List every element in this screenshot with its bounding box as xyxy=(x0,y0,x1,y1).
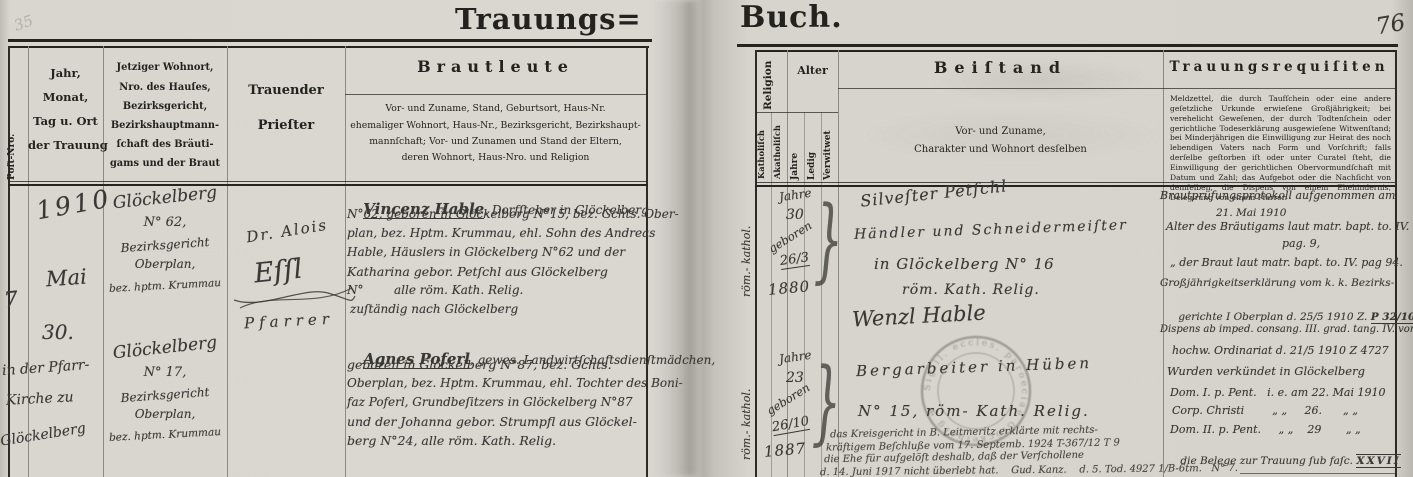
entry-place-2: Kirche zu xyxy=(6,389,74,409)
header-residence-6: gams und der Braut xyxy=(103,158,227,169)
requisiten-line-12: Corp. Christi „ „ 26. „ „ xyxy=(1172,404,1358,417)
header-priest-1: Trauender xyxy=(227,83,345,98)
header-alter: Alter xyxy=(787,64,838,77)
groom-religion: röm.- kathol. xyxy=(740,192,753,297)
entry-place-1: in der Pfarr- xyxy=(2,357,90,379)
header-date-4: der Trauung xyxy=(28,138,103,152)
entry-day: 30. xyxy=(42,320,74,344)
header-residence-3: Bezirksgericht, xyxy=(103,101,227,112)
groom-line-4: Hable, Häuslers in Glöckelberg N°62 und … xyxy=(347,245,625,259)
signature-flourish xyxy=(232,284,357,314)
groom-birth-date: 26/3 xyxy=(779,250,810,270)
header-ledig: Ledig xyxy=(807,132,817,180)
bride-residence-3: Bezirksgericht xyxy=(103,384,228,407)
header-date-2: Monat, xyxy=(28,90,103,104)
text-run: gerichte I Oberplan d. 25/5 1910 Z. xyxy=(1178,311,1370,323)
requisiten-line-4: pag. 9, xyxy=(1282,237,1320,250)
annotation-underline xyxy=(1240,473,1396,474)
left-table-top-border xyxy=(8,46,649,48)
groom-line-6: N° alle röm. Kath. Relig. xyxy=(347,283,523,297)
header-verwitwet: Verwitwet xyxy=(823,117,833,180)
left-table-right-border xyxy=(646,46,648,477)
requisiten-line-1: Brautprüfungsprotokoll aufgenommen am xyxy=(1160,189,1395,202)
header-priest-2: Prieſter xyxy=(227,118,345,133)
entry-year: 1910 xyxy=(34,184,114,226)
witness2-residence: N° 15, röm- Kath. Relig. xyxy=(858,402,1090,420)
requisiten-line-11: Dom. I. p. Pent. i. e. am 22. Mai 1910 xyxy=(1170,386,1385,399)
header-brautleute-sub-1: Vor- und Zuname, Stand, Geburtsort, Haus… xyxy=(345,103,646,114)
requisiten-line-8: Dispens ab imped. consang. III. grad. ta… xyxy=(1160,324,1413,335)
entry-month: Mai xyxy=(45,265,87,292)
brautleute-divider xyxy=(345,94,646,95)
page-title-left: Trauungs= xyxy=(455,2,642,36)
priest-title: Pfarrer xyxy=(244,310,335,333)
col-line-postnro xyxy=(28,46,29,477)
fascicle-number: XXVII xyxy=(1356,454,1400,468)
bride-line-2: geboren in Glöckelberg N°87, bez. Gchts. xyxy=(347,357,612,372)
left-header-bottom-1 xyxy=(8,181,648,182)
bride-line-5: und der Johanna gebor. Strumpfl aus Glöc… xyxy=(347,414,637,429)
header-postnro: Poſt-Nro. xyxy=(7,92,17,180)
page-number: 76 xyxy=(1374,10,1407,41)
groom-birth-year: 1880 xyxy=(767,277,811,299)
groom-line-2: N°62, geboren in Glöckelberg N°15, bez. … xyxy=(347,207,679,221)
requisiten-line-6: Großjährigkeitserklärung vom k. k. Bezir… xyxy=(1160,277,1394,289)
header-residence-5: ſchaft des Bräuti- xyxy=(103,139,227,150)
groom-age-label: Jahre xyxy=(778,186,812,204)
requisiten-line-2: 21. Mai 1910 xyxy=(1216,207,1286,219)
header-brautleute-title: Brautleute xyxy=(345,57,646,76)
groom-line-7: zuſtändig nach Glöckelberg xyxy=(350,302,518,316)
priest-name-1: Dr. Alois xyxy=(245,216,329,247)
religion-alter-divider xyxy=(755,112,838,113)
requisiten-line-9: hochw. Ordinariat d. 21/5 1910 Z 4727 xyxy=(1172,344,1389,357)
bride-religion: röm.- kathol. xyxy=(740,350,753,460)
groom-residence-5: bez. hptm. Krummau xyxy=(100,277,230,296)
bride-residence-2: N° 17, xyxy=(103,365,227,380)
requisiten-line-3: Alter des Bräutigams laut matr. bapt. to… xyxy=(1166,220,1409,233)
header-requisiten-title: Trauungsrequiſiten xyxy=(1163,59,1395,75)
requisiten-line-5: „ der Braut laut matr. bapt. to. IV. pag… xyxy=(1170,256,1403,269)
witness1-residence: in Glöckelberg N° 16 xyxy=(874,255,1055,273)
right-table-left-border xyxy=(755,50,757,477)
header-residence-4: Bezirkshauptmann- xyxy=(103,120,227,131)
groom-age-brace: } xyxy=(814,190,843,290)
groom-line-3: plan, bez. Hptm. Krummau, ehl. Sohn des … xyxy=(347,226,655,240)
paper-fold-shadow xyxy=(652,0,698,477)
header-beistand-title: Beiſtand xyxy=(838,58,1163,77)
col-line-residence xyxy=(227,46,228,477)
witness1-occupation: Händler und Schneidermeiſter xyxy=(854,217,1128,243)
header-beistand-sub-1: Vor- und Zuname, xyxy=(838,126,1163,137)
marriage-register-scan: 35 Trauungs= Buch. 76 Poſt-Nro. Jahr, Mo… xyxy=(0,0,1413,477)
requisiten-line-13: Dom. II. p. Pent. „ „ 29 „ „ xyxy=(1170,423,1361,436)
header-brautleute-sub-4: deren Wohnort, Haus-Nro. und Religion xyxy=(345,152,646,163)
groom-residence-3: Bezirksgericht xyxy=(103,234,228,257)
witness1-religion: röm. Kath. Relig. xyxy=(902,282,1040,298)
corner-mark: 35 xyxy=(11,11,35,34)
header-jahre: Jahre xyxy=(790,130,800,180)
witness1-signature: Wenzl Hable xyxy=(851,301,986,332)
bride-birth-year: 1887 xyxy=(763,439,807,461)
header-requisiten-text: Meldzettel, die durch Taufſchein oder ei… xyxy=(1170,94,1391,202)
entry-place-3: Glöckelberg xyxy=(0,420,87,449)
header-beistand-sub-2: Charakter und Wohnort desſelben xyxy=(838,144,1163,155)
header-religion: Religion xyxy=(762,56,774,110)
header-brautleute-sub-3: mannſchaft; Vor- und Zunamen und Stand d… xyxy=(345,136,646,147)
groom-residence-2: N° 62, xyxy=(103,215,227,230)
groom-residence-4: Oberplan, xyxy=(103,257,227,271)
bride-line-6: berg N°24, alle röm. Kath. Relig. xyxy=(347,433,556,448)
header-katholisch: Katholiſch xyxy=(756,117,766,179)
header-brautleute-sub-2: ehemaliger Wohnort, Haus-Nr., Bezirksger… xyxy=(345,120,646,131)
header-residence-1: Jetziger Wohnort, xyxy=(103,62,227,73)
page-title-right: Buch. xyxy=(740,0,843,35)
title-rule-right xyxy=(737,44,1398,47)
col-line-beistand xyxy=(1163,50,1164,477)
header-date-3: Tag u. Ort xyxy=(28,114,103,128)
bride-line-3: Oberplan, bez. Hptm. Krummau, ehl. Tocht… xyxy=(347,376,683,390)
requisiten-line-10: Wurden verkündet in Glöckelberg xyxy=(1167,364,1365,378)
bride-age-label: Jahre xyxy=(778,348,812,366)
right-table-top-border xyxy=(755,50,1397,52)
bride-residence-5: bez. hptm. Krummau xyxy=(100,426,230,445)
header-date-1: Jahr, xyxy=(28,66,103,80)
bride-residence-4: Oberplan, xyxy=(103,407,227,421)
bride-line-4: faz Poferl, Grundbeſitzers in Glöckelber… xyxy=(347,395,633,409)
groom-residence-1: Glöckelberg xyxy=(102,182,227,215)
header-akatholisch: Akatholiſch xyxy=(772,115,782,179)
titles-divider-right xyxy=(838,88,1395,89)
title-rule-left xyxy=(8,39,652,42)
groom-line-5: Katharina gebor. Petſchl aus Glöckelberg xyxy=(347,264,608,279)
entry-number: 7 xyxy=(3,287,20,313)
bride-residence-1: Glöckelberg xyxy=(102,332,227,365)
header-residence-2: Nro. des Hauſes, xyxy=(103,82,227,93)
file-number: P 32/10 xyxy=(1371,311,1413,324)
